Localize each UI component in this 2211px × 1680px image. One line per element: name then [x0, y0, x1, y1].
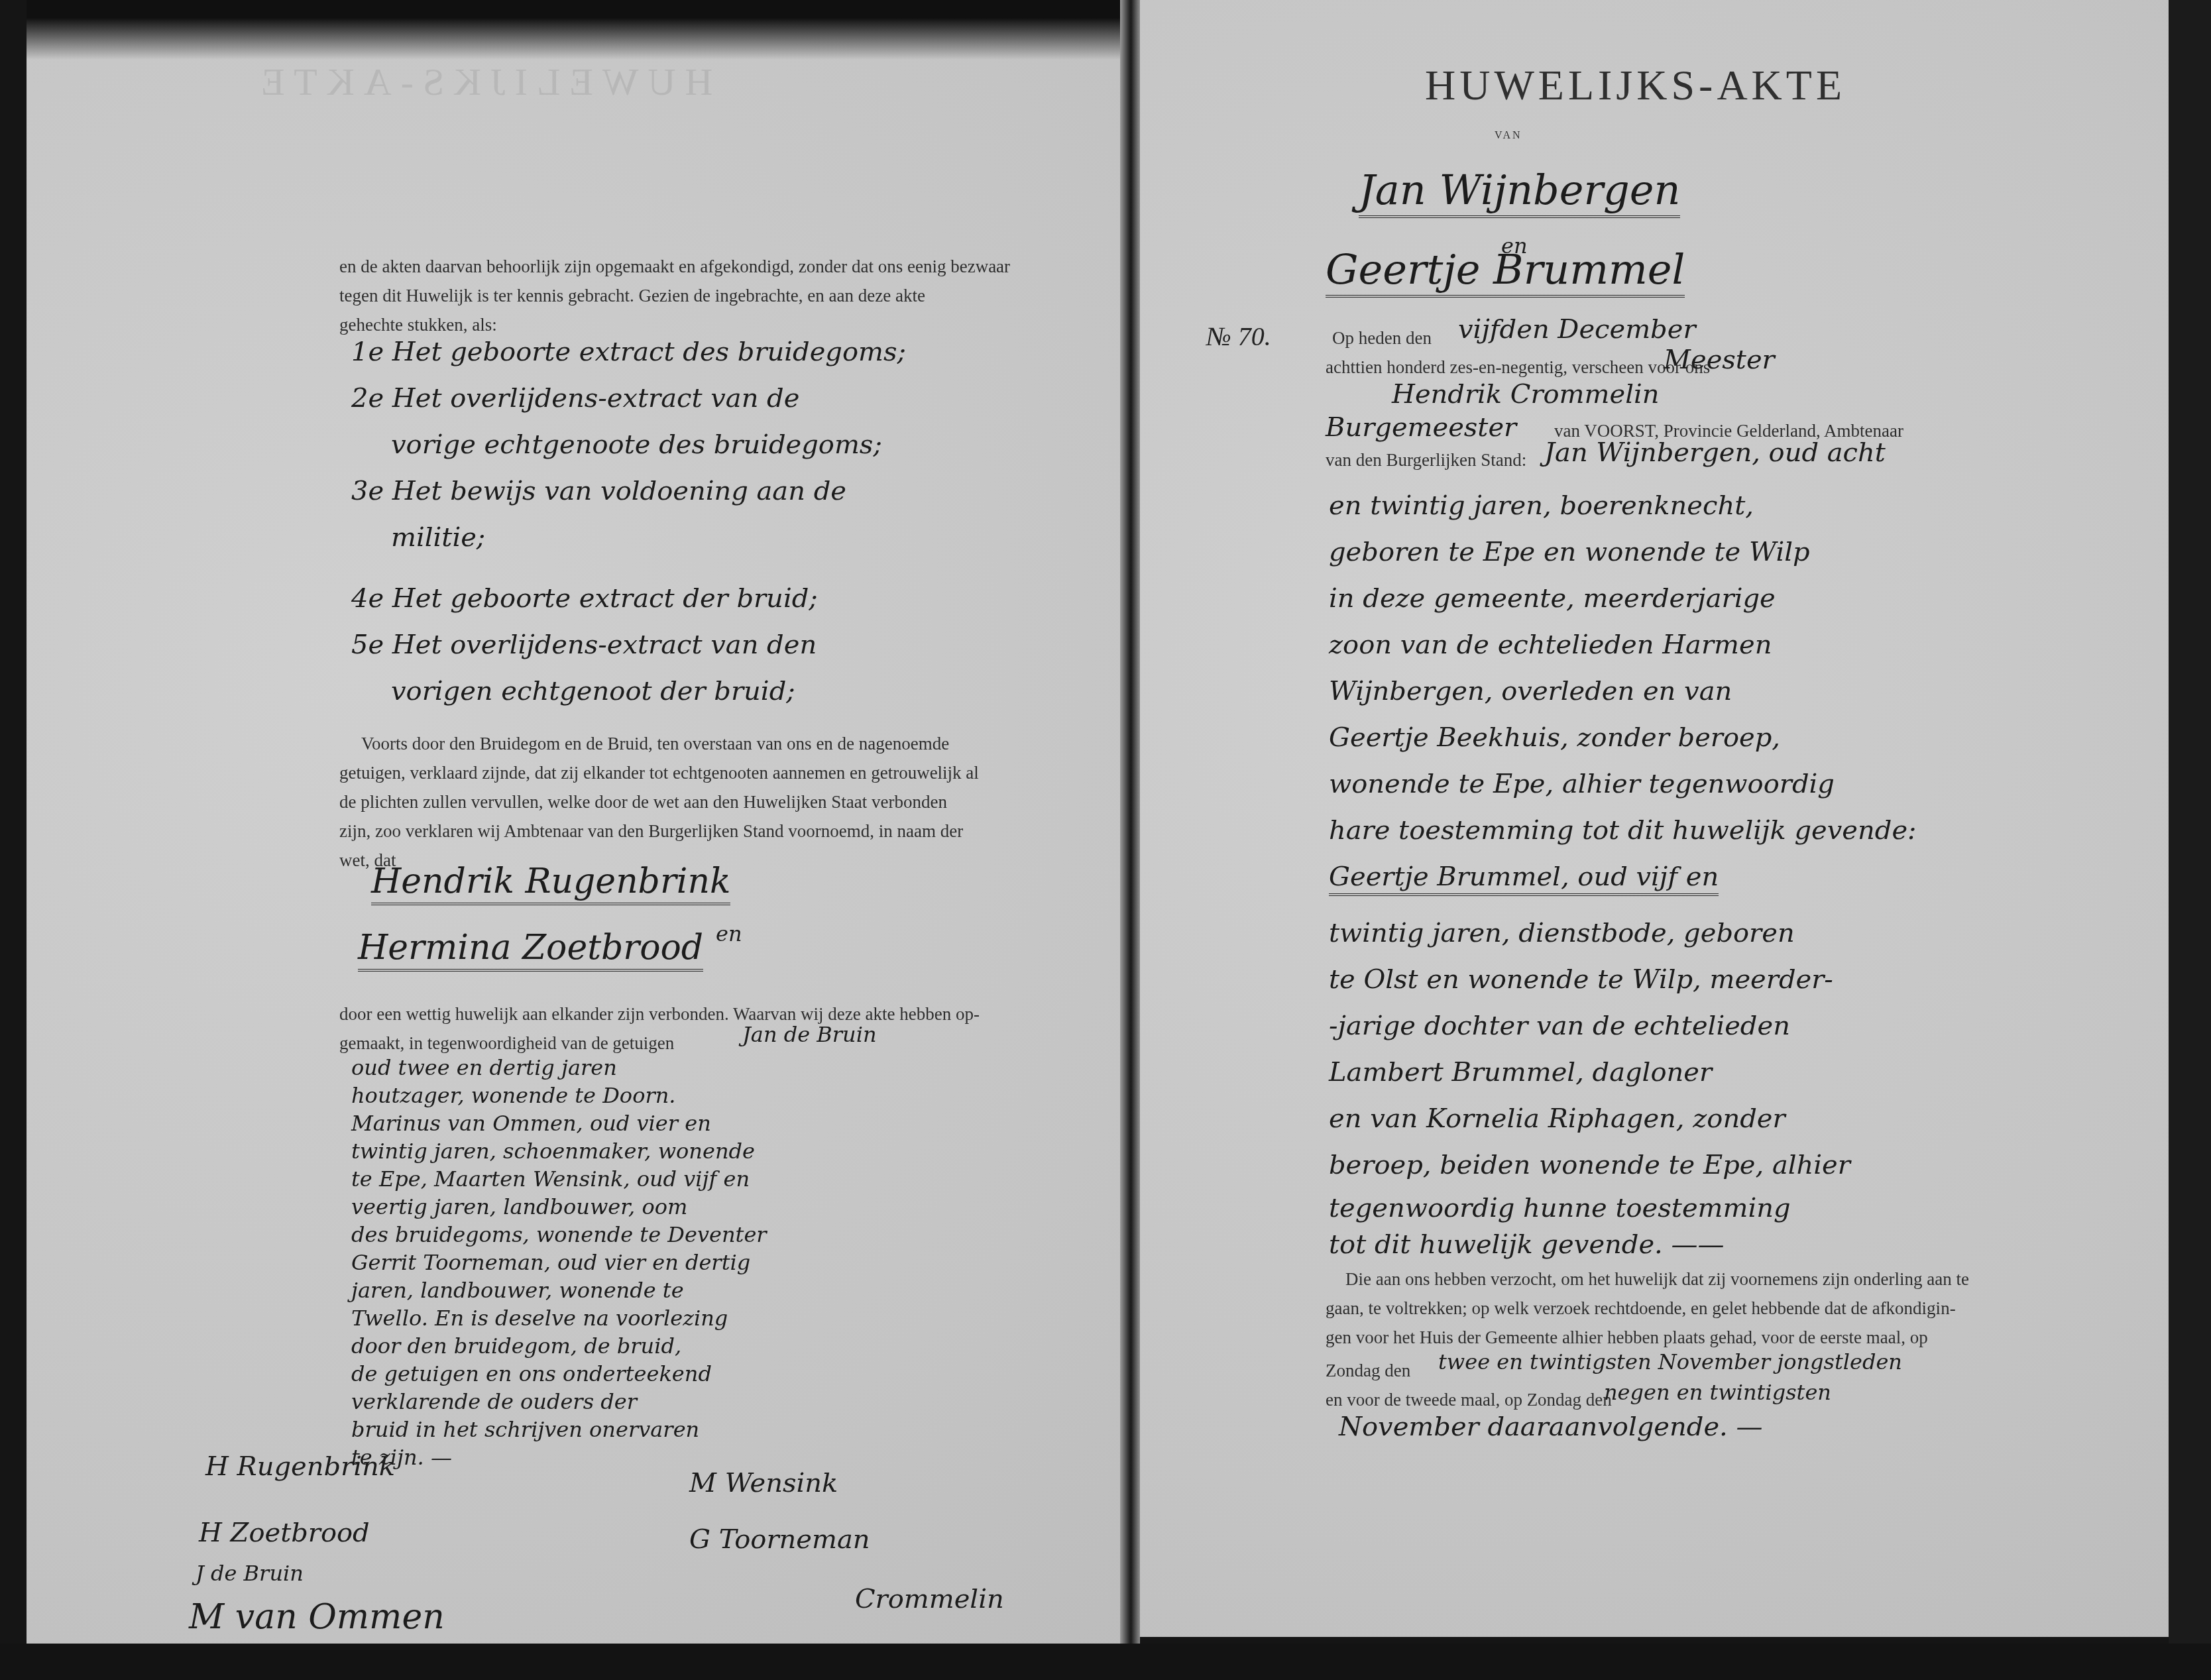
- printed-line: zijn, zoo verklaren wij Ambtenaar van de…: [339, 816, 963, 846]
- book-gutter: [1120, 0, 1140, 1680]
- printed-line: getuigen, verklaard zijnde, dat zij elka…: [339, 758, 979, 787]
- printed-line: en voor de tweede maal, op Zondag den: [1326, 1385, 1612, 1414]
- witness-line: Marinus van Ommen, oud vier en: [351, 1111, 711, 1136]
- scan-border-right: [2169, 0, 2211, 1680]
- body-line: Geertje Beekhuis, zonder beroep,: [1329, 722, 1780, 753]
- hand-first-sunday: twee en twintigsten November jongstleden: [1438, 1349, 1902, 1374]
- bride-name: Hermina Zoetbrood: [358, 928, 703, 972]
- hand-date: vijfden December: [1458, 314, 1696, 345]
- body-line: Wijnbergen, overleden en van: [1329, 676, 1732, 706]
- body-line: zoon van de echtelieden Harmen: [1329, 630, 1772, 660]
- hand-title: Meester: [1664, 345, 1775, 375]
- witness-line: verklarende de ouders der: [351, 1389, 637, 1414]
- printed-line: Zondag den: [1326, 1356, 1410, 1385]
- body-line: Lambert Brummel, dagloner: [1329, 1057, 1712, 1088]
- list-item: 1e Het geboorte extract des bruidegoms;: [351, 337, 906, 367]
- body-line: wonende te Epe, alhier tegenwoordig: [1329, 769, 1835, 799]
- record-number: № 70.: [1206, 321, 1271, 352]
- page-title: HUWELIJKS-AKTE: [1425, 61, 1846, 110]
- witness-line: de getuigen en ons onderteekend: [351, 1361, 712, 1386]
- printed-line: Op heden den: [1332, 323, 1432, 353]
- list-item: militie;: [391, 522, 485, 553]
- bride-header-name: Geertje Brummel: [1326, 245, 1685, 298]
- witness-line: door den bruidegom, de bruid,: [351, 1333, 681, 1359]
- printed-line: van den Burgerlijken Stand:: [1326, 445, 1526, 475]
- body-line: in deze gemeente, meerderjarige: [1329, 583, 1776, 614]
- signature-official: Crommelin: [855, 1584, 1004, 1614]
- witness-line: oud twee en dertig jaren: [351, 1055, 617, 1080]
- witness-line: bruid in het schrijven onervaren: [351, 1417, 699, 1442]
- list-item: vorige echtgenoote des bruidegoms;: [391, 429, 882, 460]
- list-item: 2e Het overlijdens-extract van de: [351, 383, 799, 414]
- body-line: en van Kornelia Riphagen, zonder: [1329, 1103, 1786, 1134]
- signature-witness: M van Ommen: [189, 1597, 445, 1637]
- body-line: hare toestemming tot dit huwelijk gevend…: [1329, 815, 1917, 846]
- printed-line: en de akten daarvan behoorlijk zijn opge…: [339, 252, 1010, 281]
- body-line: twintig jaren, dienstbode, geboren: [1329, 918, 1795, 948]
- signature-bride: H Zoetbrood: [199, 1518, 370, 1548]
- printed-line: gen voor het Huis der Gemeente alhier he…: [1326, 1323, 1928, 1352]
- scan-border-bottom: [0, 1644, 2211, 1680]
- witness-line: houtzager, wonende te Doorn.: [351, 1083, 675, 1108]
- printed-line: Voorts door den Bruidegom en de Bruid, t…: [361, 729, 949, 758]
- printed-line: gaan, te voltrekken; op welk verzoek rec…: [1326, 1294, 1956, 1323]
- torn-page-edge: [27, 0, 1127, 60]
- witness-line: Gerrit Toorneman, oud vier en dertig: [351, 1250, 750, 1275]
- printed-line: de plichten zullen vervullen, welke door…: [339, 787, 947, 816]
- list-item: 3e Het bewijs van voldoening aan de: [351, 476, 846, 506]
- en-connector: en: [716, 921, 742, 946]
- body-line: tegenwoordig hunne toestemming: [1329, 1193, 1791, 1223]
- printed-line: gehechte stukken, als:: [339, 310, 497, 339]
- list-item: 5e Het overlijdens-extract van den: [351, 630, 817, 660]
- van-label: VAN: [1495, 130, 1522, 142]
- signature-witness: J de Bruin: [196, 1561, 304, 1586]
- printed-line: Die aan ons hebben verzocht, om het huwe…: [1345, 1264, 1969, 1294]
- printed-line: tegen dit Huwelijk is ter kennis gebrach…: [339, 281, 925, 310]
- body-line: Jan Wijnbergen, oud acht: [1544, 437, 1886, 468]
- hand-second-sunday: negen en twintigsten: [1604, 1380, 1831, 1405]
- witness-line: jaren, landbouwer, wonende te: [351, 1278, 684, 1303]
- body-line: en twintig jaren, boerenknecht,: [1329, 490, 1754, 521]
- printed-line: gemaakt, in tegenwoordigheid van de getu…: [339, 1029, 674, 1058]
- body-line-bride: Geertje Brummel, oud vijf en: [1329, 862, 1719, 896]
- body-line: beroep, beiden wonende te Epe, alhier: [1329, 1150, 1850, 1180]
- list-item: vorigen echtgenoot der bruid;: [391, 676, 795, 706]
- printed-line: achttien honderd zes-en-negentig, versch…: [1326, 353, 1710, 382]
- list-item: 4e Het geboorte extract der bruid;: [351, 583, 818, 614]
- body-line: te Olst en wonende te Wilp, meerder-: [1329, 964, 1833, 995]
- printed-line: door een wettig huwelijk aan elkander zi…: [339, 999, 980, 1029]
- body-line: -jarige dochter van de echtelieden: [1329, 1011, 1790, 1041]
- witness-line: te Epe, Maarten Wensink, oud vijf en: [351, 1166, 750, 1192]
- signature-witness: G Toorneman: [689, 1524, 870, 1555]
- signature-witness: M Wensink: [689, 1468, 838, 1498]
- hand-second-sunday-cont: November daaraanvolgende. —: [1339, 1412, 1763, 1442]
- hand-official-name: Hendrik Crommelin: [1392, 379, 1659, 410]
- groom-name: Hendrik Rugenbrink: [371, 862, 730, 905]
- witness-line: Twello. En is deselve na voorlezing: [351, 1306, 728, 1331]
- hand-role: Burgemeester: [1326, 412, 1516, 443]
- witness-line: des bruidegoms, wonende te Deventer: [351, 1222, 767, 1247]
- witness-line: twintig jaren, schoenmaker, wonende: [351, 1139, 755, 1164]
- bleed-through-header: HUWELIJKS-AKTE: [252, 60, 712, 104]
- groom-header-name: Jan Wijnbergen: [1359, 166, 1680, 218]
- signature-groom: H Rugenbrink: [205, 1451, 395, 1482]
- body-line: tot dit huwelijk gevende. ——: [1329, 1229, 1725, 1260]
- body-line: geboren te Epe en wonende te Wilp: [1329, 537, 1810, 567]
- witness-line: veertig jaren, landbouwer, oom: [351, 1194, 687, 1219]
- witness-line: Jan de Bruin: [742, 1022, 877, 1047]
